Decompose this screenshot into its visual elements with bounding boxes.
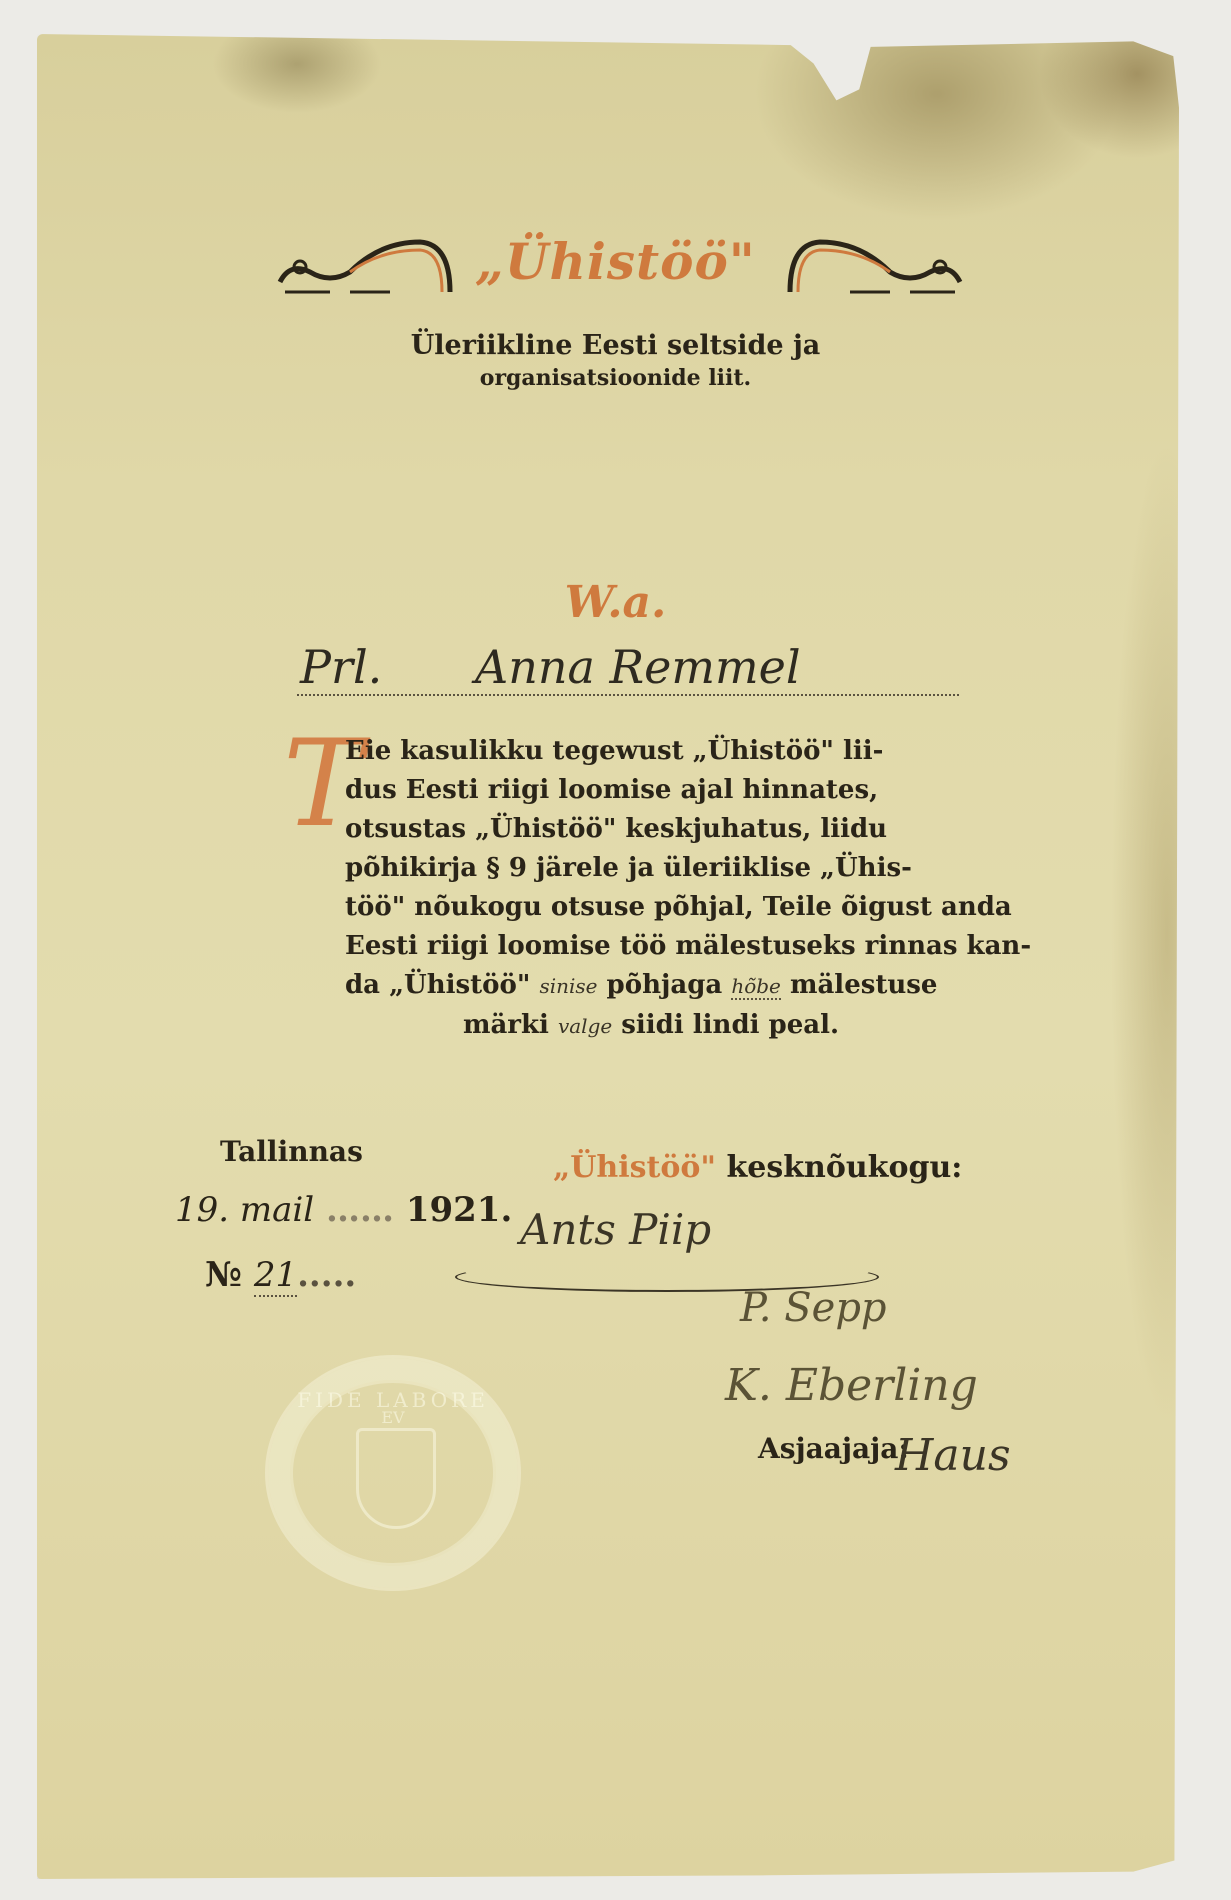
handwritten-color: sinise [539, 974, 597, 998]
handwritten-metal: hõbe [731, 974, 781, 1000]
secretary-signature: Haus [895, 1430, 1011, 1481]
document-number: № 21..... [205, 1255, 356, 1295]
signature-2: P. Sepp [740, 1285, 887, 1331]
organization-subtitle-line1: Üleriikline Eesti seltside ja [0, 330, 1231, 361]
date-handwritten: 19. mail [175, 1190, 314, 1230]
signature-1: Ants Piip [520, 1205, 711, 1254]
body-line-handwritten-fields: da „Ühistöö" sinise põhjaga hõbe mälestu… [345, 966, 957, 1006]
document-photo: „Ühistöö" Üleriikline Eesti seltside ja … [0, 0, 1231, 1900]
signature-3: K. Eberling [725, 1360, 978, 1411]
certificate-body: Eie kasulikku tegewust „Ühistöö" lii- du… [345, 732, 957, 1046]
embossed-seal: FIDE LABORE EV [265, 1355, 521, 1591]
handwritten-ribbon: valge [558, 1014, 612, 1038]
recipient-prefix: Prl. [300, 640, 382, 694]
body-line: dus Eesti riigi loomise ajal hinnates, [345, 771, 957, 810]
body-line: Eie kasulikku tegewust „Ühistöö" lii- [345, 732, 957, 771]
issue-date: 19. mail …… 1921. [175, 1190, 512, 1230]
place-label: Tallinnas [220, 1135, 363, 1168]
body-line: töö" nõukogu otsuse põhjal, Teile õigust… [345, 888, 957, 927]
body-line: põhikirja § 9 järele ja üleriiklise „Ühi… [345, 849, 957, 888]
secretary-label: Asjaajaja: [758, 1432, 909, 1465]
body-line-last: märki valge siidi lindi peal. [345, 1006, 957, 1046]
number-handwritten: 21 [254, 1255, 297, 1297]
body-line: Eesti riigi loomise töö mälestuseks rinn… [345, 927, 957, 966]
seal-initials: EV [268, 1408, 518, 1427]
organization-subtitle-line2: organisatsioonide liit. [0, 365, 1231, 391]
council-heading: „Ühistöö" kesknõukogu: [553, 1150, 962, 1185]
recipient-name: Anna Remmel [475, 640, 801, 694]
shield-emblem-icon [356, 1428, 436, 1529]
date-year: 1921. [406, 1190, 512, 1230]
body-line: otsustas „Ühistöö" keskjuhatus, liidu [345, 810, 957, 849]
certificate-title: „Ühistöö" [0, 232, 1231, 291]
salutation: W.a. [0, 577, 1231, 628]
